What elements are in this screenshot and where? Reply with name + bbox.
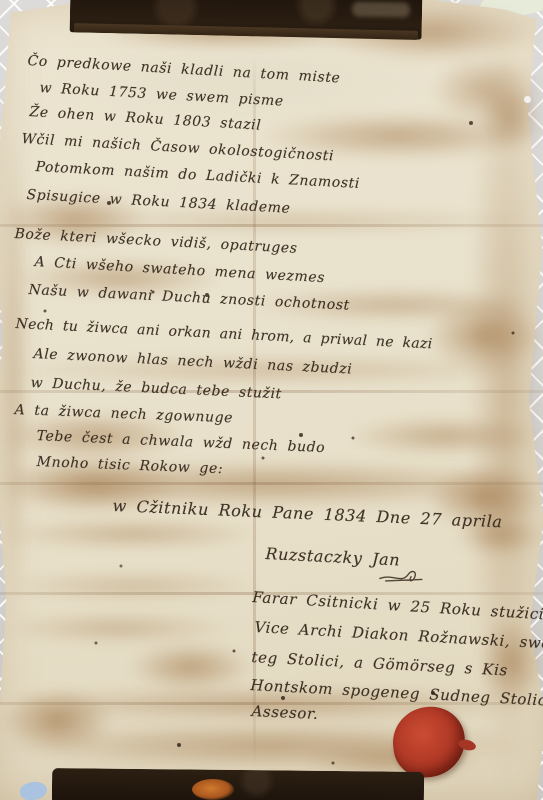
fold-crease — [0, 224, 543, 227]
paper-hole — [524, 96, 531, 103]
signature-flourish — [377, 564, 424, 589]
photo-of-old-letter: Čo predkowe naši kladli na tom miste w R… — [0, 0, 543, 800]
rust-spot — [192, 779, 234, 800]
fold-crease — [0, 482, 543, 485]
ink-specks — [0, 0, 2, 2]
credential-line: Assesor. — [251, 702, 319, 723]
metal-bar-marking — [352, 1, 410, 17]
metal-bar-bottom — [52, 768, 424, 800]
